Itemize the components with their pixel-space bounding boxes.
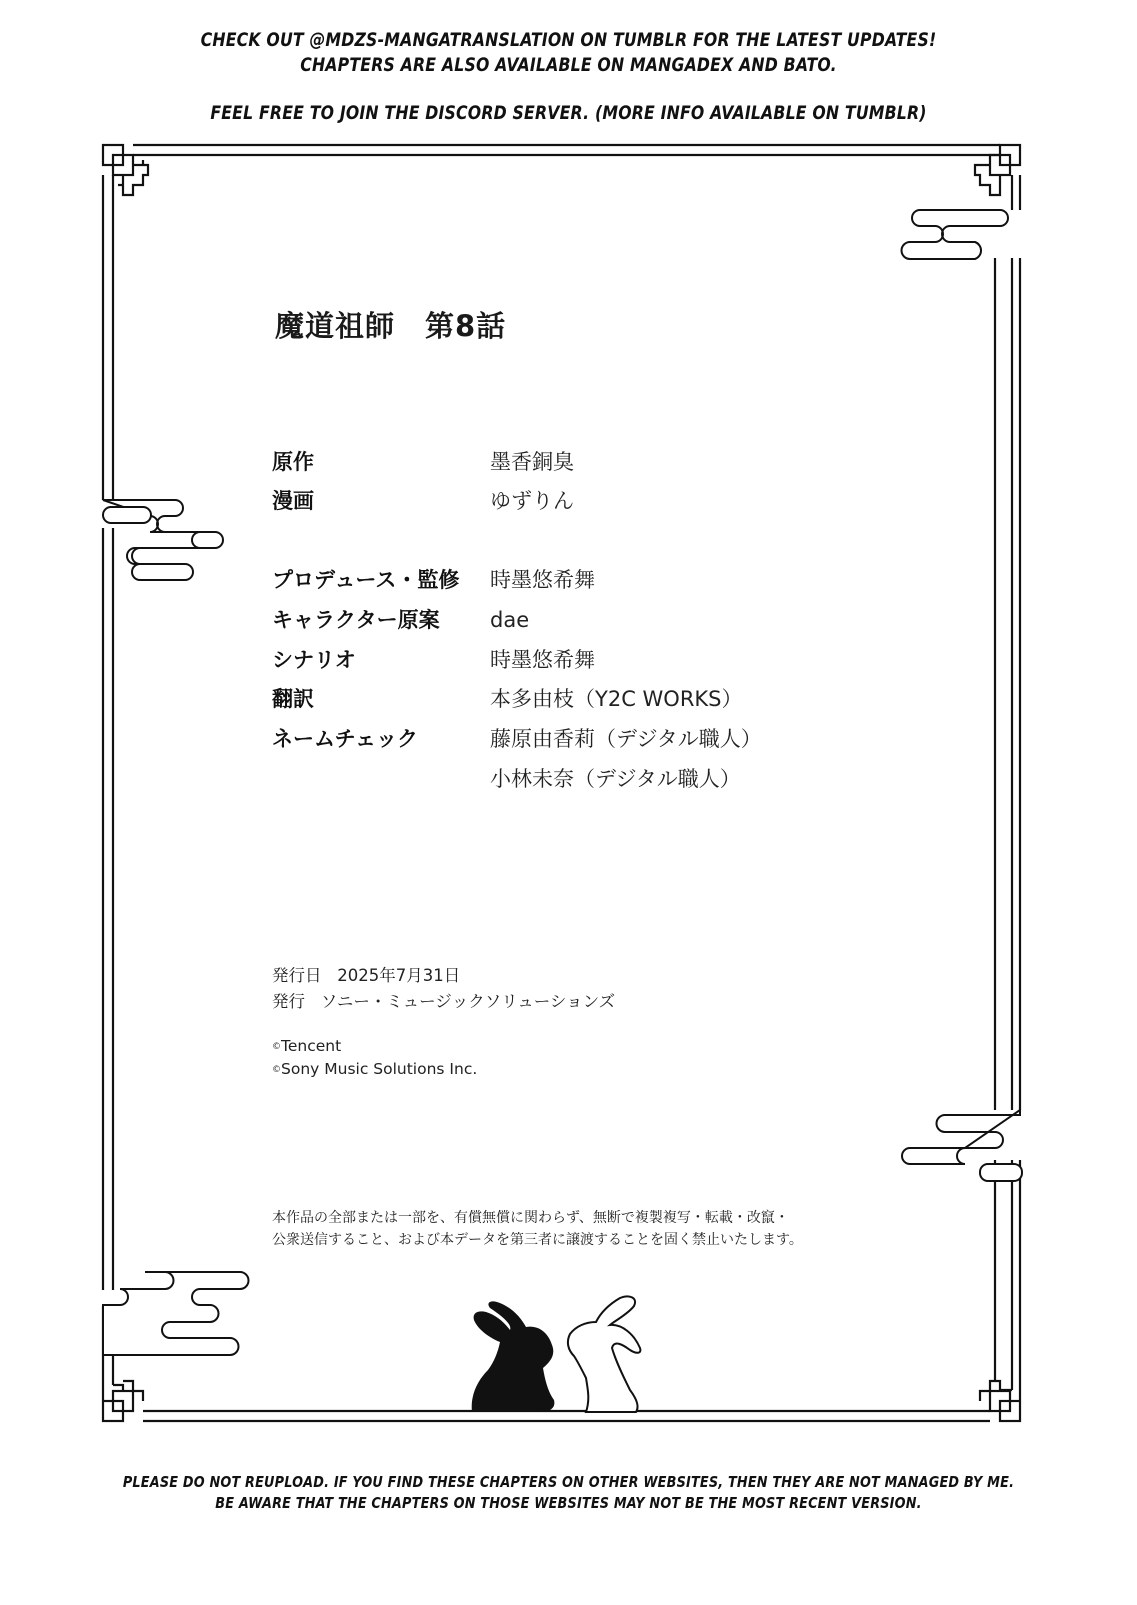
credit-role: キャラクター原案 <box>272 606 440 634</box>
credit-name: dae <box>490 606 529 634</box>
rabbit-silhouettes <box>472 1296 641 1412</box>
publication-date-value: 2025年7月31日 <box>337 966 460 985</box>
cloud-right-lower <box>902 1110 1020 1164</box>
chapter-title: 魔道祖師 第8話 <box>275 304 506 345</box>
cloud-top-right <box>902 210 1009 259</box>
credit-name: 時墨悠希舞 <box>490 566 595 594</box>
credit-name: 墨香銅臭 <box>490 448 574 476</box>
notice-line-reupload: Please do not reupload. If you find thes… <box>28 1472 1108 1493</box>
credit-role: シナリオ <box>272 646 356 674</box>
credit-name: 時墨悠希舞 <box>490 646 595 674</box>
publication-date-label: 発行日 <box>272 966 322 985</box>
copyright-symbol: © <box>272 1042 281 1052</box>
publisher-label: 発行 <box>272 992 305 1011</box>
publisher-value: ソニー・ミュージックソリューションズ <box>321 992 615 1011</box>
credit-role: プロデュース・監修 <box>272 566 459 594</box>
notice-line-version: Be aware that the chapters on those webs… <box>28 1493 1108 1514</box>
legal-notice-line-2: 公衆送信すること、および本データを第三者に譲渡することを固く禁止いたします。 <box>272 1229 803 1251</box>
publisher-row: 発行 ソニー・ミュージックソリューションズ <box>272 988 615 1012</box>
credit-role: 翻訳 <box>272 685 314 713</box>
credit-role: 漫画 <box>272 487 314 515</box>
legal-notice: 本作品の全部または一部を、有償無償に関わらず、無断で複製複写・転載・改竄・ 公衆… <box>272 1207 803 1251</box>
copyright-holder: Tencent <box>281 1037 341 1055</box>
copyright-sony: ©Sony Music Solutions Inc. <box>272 1060 477 1078</box>
copyright-tencent: ©Tencent <box>272 1037 341 1055</box>
black-rabbit-icon <box>472 1301 555 1412</box>
white-rabbit-icon <box>568 1296 640 1412</box>
credit-name: 藤原由香莉（デジタル職人） <box>490 725 762 753</box>
credit-name: ゆずりん <box>490 487 574 515</box>
legal-notice-line-1: 本作品の全部または一部を、有償無償に関わらず、無断で複製複写・転載・改竄・ <box>272 1207 803 1229</box>
publication-date-row: 発行日 2025年7月31日 <box>272 962 460 986</box>
credit-role: 原作 <box>272 448 314 476</box>
credit-name: 本多由枝（Y2C WORKS） <box>490 685 743 713</box>
credit-role: ネームチェック <box>272 725 418 753</box>
decorative-frame <box>0 0 1137 1605</box>
copyright-holder: Sony Music Solutions Inc. <box>281 1060 477 1078</box>
cloud-left-lower <box>103 1272 249 1355</box>
scanlation-notice-bottom: Please do not reupload. If you find thes… <box>28 1472 1108 1514</box>
credit-name: 小林未奈（デジタル職人） <box>490 765 741 793</box>
copyright-symbol: © <box>272 1065 281 1075</box>
